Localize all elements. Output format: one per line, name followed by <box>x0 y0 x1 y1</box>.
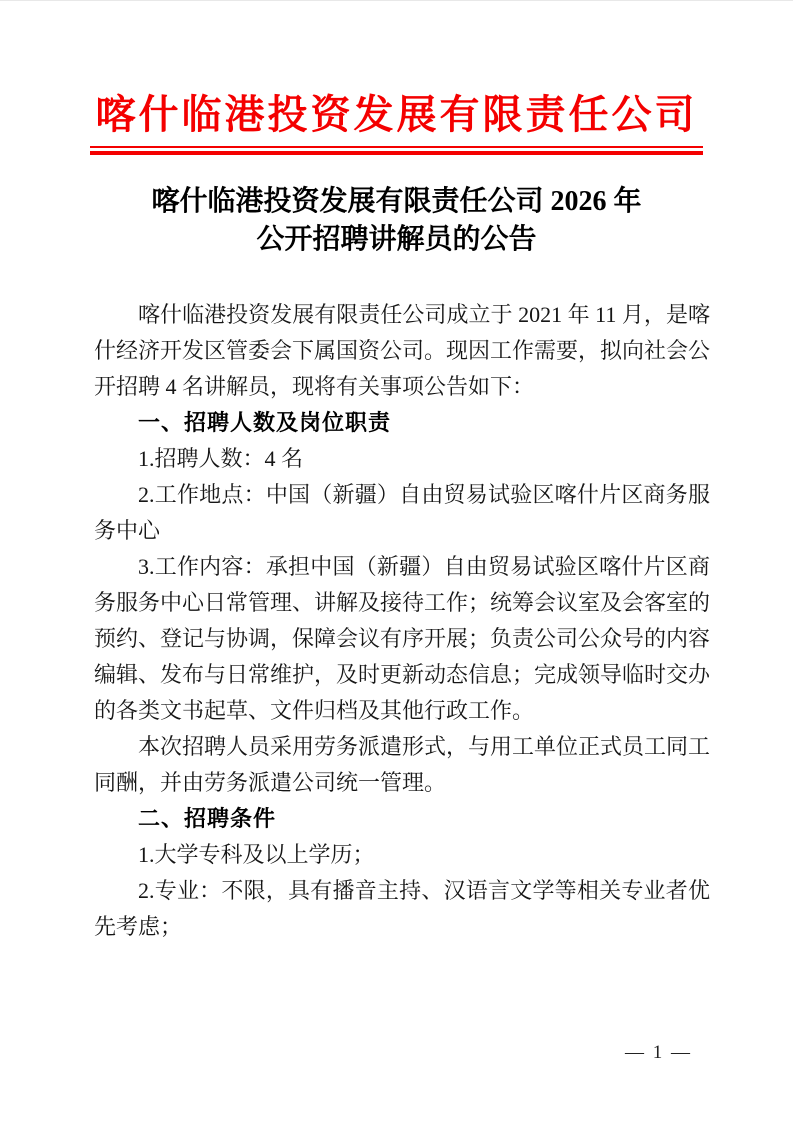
paragraph-dispatch-note: 本次招聘人员采用劳务派遣形式，与用工单位正式员工同工同酬，并由劳务派遣公司统一管… <box>94 729 710 801</box>
company-letterhead-banner: 喀什临港投资发展有限责任公司 <box>0 89 793 141</box>
item-major-requirement: 2.专业：不限，具有播音主持、汉语言文学等相关专业者优先考虑； <box>94 873 710 945</box>
section-heading-2: 二、招聘条件 <box>94 801 710 837</box>
item-work-location: 2.工作地点：中国（新疆）自由贸易试验区喀什片区商务服务中心 <box>94 477 710 549</box>
announcement-title: 喀什临港投资发展有限责任公司 2026 年 公开招聘讲解员的公告 <box>0 183 793 259</box>
paragraph-intro: 喀什临港投资发展有限责任公司成立于 2021 年 11 月，是喀什经济开发区管委… <box>94 297 710 405</box>
section-heading-1: 一、招聘人数及岗位职责 <box>94 405 710 441</box>
item-recruit-count: 1.招聘人数：4 名 <box>94 441 710 477</box>
document-body: 喀什临港投资发展有限责任公司成立于 2021 年 11 月，是喀什经济开发区管委… <box>94 297 710 945</box>
document-page: 喀什临港投资发展有限责任公司 喀什临港投资发展有限责任公司 2026 年 公开招… <box>0 0 793 1122</box>
letterhead-double-rule <box>90 146 703 155</box>
announcement-title-line1: 喀什临港投资发展有限责任公司 2026 年 <box>0 183 793 221</box>
page-number: — 1 — <box>625 1042 692 1064</box>
item-work-content: 3.工作内容：承担中国（新疆）自由贸易试验区喀什片区商务服务中心日常管理、讲解及… <box>94 549 710 729</box>
item-education-requirement: 1.大学专科及以上学历； <box>94 837 710 873</box>
announcement-title-line2: 公开招聘讲解员的公告 <box>0 221 793 259</box>
